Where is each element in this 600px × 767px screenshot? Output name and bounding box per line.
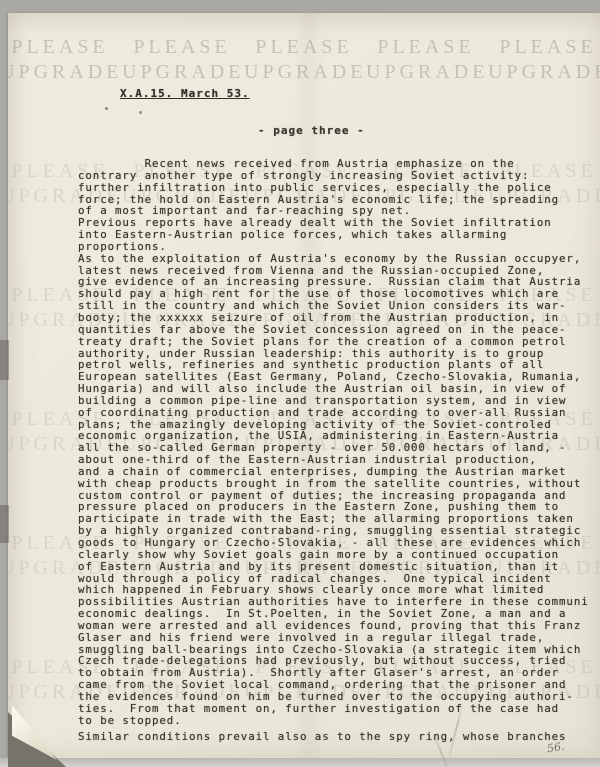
typewritten-line: treaty draft; the Soviet plans for the c… [78,336,598,348]
typewritten-line: contrary another type of strongly increa… [78,170,598,182]
typewritten-line: ties. From that moment on, further inves… [78,703,598,715]
watermark-text: PLEASEUPGRADE [366,35,486,85]
typewritten-line: of coordinating production and trade acc… [78,407,598,419]
typewritten-line: and a chain of commercial enterprises, d… [78,466,598,478]
scan-edge-smudge [0,340,9,380]
typewritten-line: Glaser and his friend were involved in a… [78,632,598,644]
typewritten-line: further infiltration into public service… [78,182,598,194]
watermark-text: PLEASEUPGRADE [122,35,242,85]
watermark-text: PLEASEUPGRADE [244,35,364,85]
scanner-bed-edge [0,758,600,767]
paper-speck [105,107,108,110]
typewritten-line: of Eastern Austria and by its present do… [78,561,598,573]
typewritten-line: woman were arrested and all evidences fo… [78,620,598,632]
handwritten-page-number: 56. [546,740,565,756]
paper-speck [139,111,142,114]
watermark-text: PLEASEUPGRADE [488,35,600,85]
typewritten-line: As to the exploitation of Austria's econ… [78,253,598,265]
paper-sheet: PLEASEUPGRADEPLEASEUPGRADEPLEASEUPGRADEP… [8,13,600,758]
scanned-document-page: PLEASEUPGRADEPLEASEUPGRADEPLEASEUPGRADEP… [0,0,600,767]
typewritten-line: quantities far above the Soviet concessi… [78,324,598,336]
typewritten-line: building a common pipe-line and transpor… [78,395,598,407]
typewritten-line: to be stopped. [78,715,598,727]
typewritten-line: clearly show why Soviet goals gain more … [78,549,598,561]
body-text: Recent news received from Austria emphas… [78,158,598,742]
page-label: - page three - [258,124,365,137]
typewritten-line: proportions. [78,241,598,253]
typewritten-line: with cheap products brought in from the … [78,478,598,490]
document-reference: X.A.15. March 53. [120,87,250,100]
typewritten-line: Similar conditions prevail also as to th… [78,731,598,743]
scan-edge-smudge [0,505,9,543]
watermark-text: PLEASEUPGRADE [8,35,120,85]
